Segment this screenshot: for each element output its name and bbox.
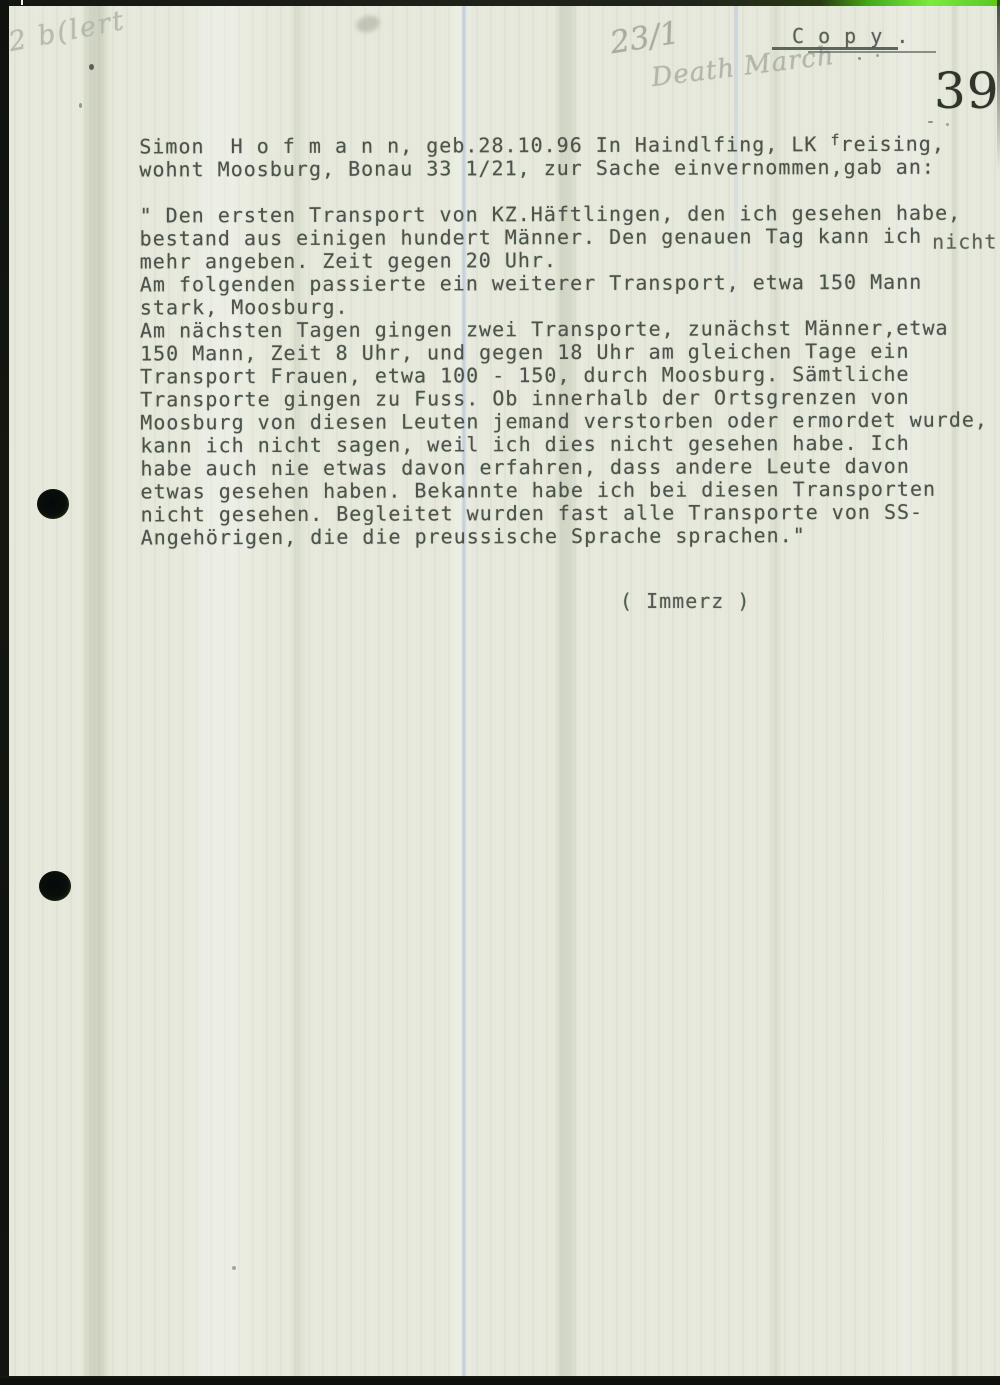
ink-speck <box>858 57 861 60</box>
signature-line: ( Immerz ) <box>620 589 750 613</box>
punch-hole <box>37 489 69 519</box>
pencil-smudge <box>354 13 381 35</box>
raised-letter: f <box>830 131 840 149</box>
scanned-document-page: 2 b(lert 23/1 Death March C o p y . 39 S… <box>0 0 1000 1385</box>
pencil-note-top-left: 2 b(lert <box>6 5 128 58</box>
testimony-text: Simon H o f m a n n, geb.28.10.96 In Hai… <box>139 133 988 550</box>
testimony-line: bestand aus einigen hundert Männer. Den … <box>140 225 988 251</box>
line-text: bestand aus einigen hundert Männer. Den … <box>140 224 923 251</box>
line-text: reising, <box>840 132 944 156</box>
ink-speck <box>89 64 94 70</box>
copy-underline <box>808 51 936 53</box>
offset-word: nicht <box>932 230 997 253</box>
copy-underline <box>772 47 898 50</box>
ink-speck <box>876 54 879 57</box>
ink-speck <box>232 1266 236 1270</box>
scan-edge-notch <box>21 0 23 5</box>
ink-speck <box>946 123 949 126</box>
ink-speck <box>928 121 933 123</box>
scan-edge-bottom <box>0 1376 1000 1385</box>
scan-streak <box>82 0 110 1385</box>
page-number: 39 <box>934 62 1000 120</box>
scan-edge-left <box>0 0 9 1385</box>
scan-edge-top <box>0 0 1000 6</box>
copy-heading: C o p y . <box>792 24 909 48</box>
testimony-line: wohnt Moosburg, Bonau 33 1/21, zur Sache… <box>139 156 987 182</box>
testimony-line: nicht gesehen. Begleitet wurden fast all… <box>141 501 989 527</box>
testimony-line: Am folgenden passierte ein weiterer Tran… <box>140 271 988 297</box>
punch-hole <box>39 871 71 901</box>
testimony-line: Angehörigen, die die preussische Sprache… <box>141 524 989 550</box>
pencil-date-annotation: 23/1 <box>608 15 682 61</box>
ink-speck <box>79 103 82 108</box>
